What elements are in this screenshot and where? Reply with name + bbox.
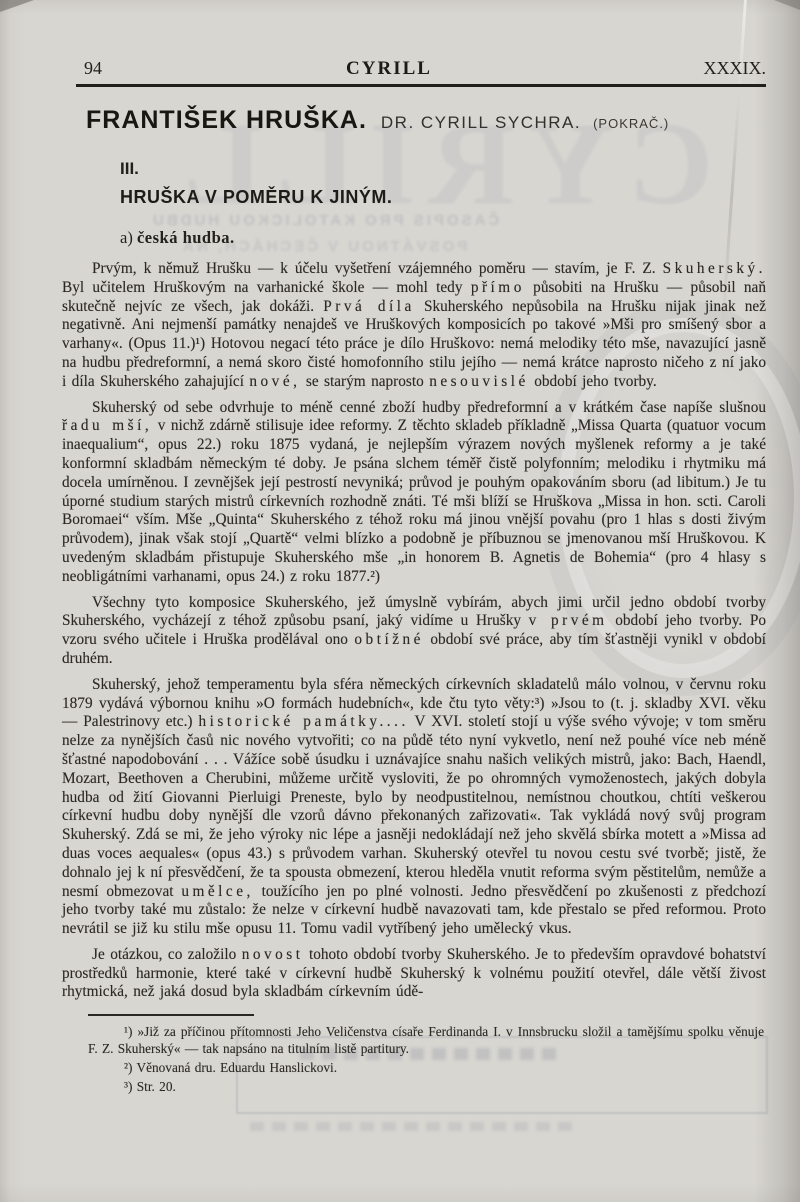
- section-number: III.: [120, 159, 766, 179]
- paragraph: Skuherský od sebe odvrhuje to méně cenné…: [62, 399, 766, 587]
- footnote: ³) Str. 20.: [88, 1079, 764, 1096]
- journal-title: CYRILL: [168, 58, 610, 80]
- footnote: ¹) »Již za příčinou přítomnosti Jeho Vel…: [88, 1024, 764, 1058]
- footnote-rule: [88, 1014, 254, 1016]
- scanned-journal-page: { "page": { "paper_color": "#d8d6d1", "i…: [0, 0, 800, 1202]
- article-title-line: FRANTIŠEK HRUŠKA. DR. CYRILL SYCHRA. (PO…: [86, 106, 766, 135]
- subsection-label: a): [120, 228, 133, 247]
- continuation-note: (POKRAČ.): [593, 116, 669, 131]
- footnotes: ¹) »Již za příčinou přítomnosti Jeho Vel…: [88, 1024, 764, 1095]
- paragraph: Všechny tyto komposice Skuherského, jež …: [62, 594, 766, 669]
- subsection-heading: a) česká hudba.: [120, 228, 766, 248]
- volume-number: XXXIX.: [646, 58, 766, 79]
- bleedthrough-text-strip: [250, 1122, 580, 1131]
- article: FRANTIŠEK HRUŠKA. DR. CYRILL SYCHRA. (PO…: [62, 106, 766, 1095]
- footnote: ²) Věnovaná dru. Eduardu Hanslickovi.: [88, 1060, 764, 1077]
- article-title: FRANTIŠEK HRUŠKA.: [86, 106, 367, 134]
- page-corner-shadow-left: [0, 0, 34, 12]
- paragraph: Prvým, k němuž Hrušku — k účelu vyšetřen…: [62, 260, 766, 392]
- article-body: Prvým, k němuž Hrušku — k účelu vyšetřen…: [62, 260, 766, 1002]
- section-title: HRUŠKA V POMĚRU K JINÝM.: [120, 187, 766, 208]
- paragraph: Skuherský, jehož temperamentu byla sféra…: [62, 676, 766, 939]
- header-rule: [76, 84, 766, 87]
- running-head: 94 CYRILL XXXIX.: [62, 58, 766, 80]
- page-corner-shadow-right: [774, 0, 800, 10]
- subsection-name: česká hudba.: [137, 228, 235, 247]
- article-author: DR. CYRILL SYCHRA.: [381, 113, 581, 132]
- paragraph: Je otázkou, co založilo novost tohoto ob…: [62, 946, 766, 1002]
